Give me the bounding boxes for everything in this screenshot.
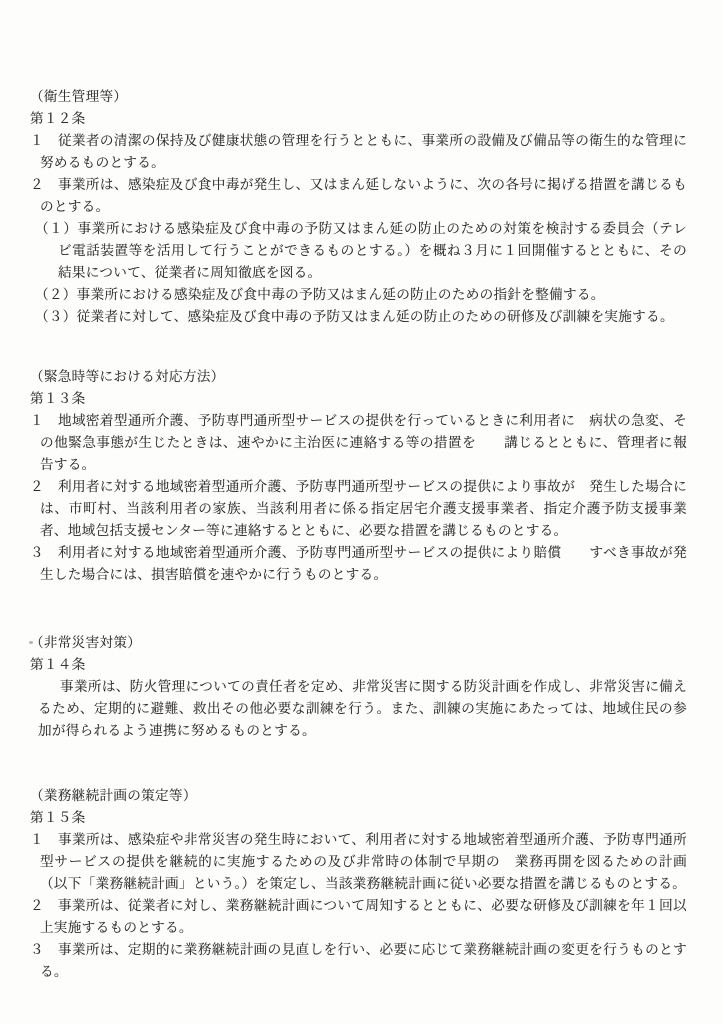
section-emergency-response: （緊急時等における対応方法） 第１３条 １ 地域密着型通所介護、予防専門通所型サ… — [30, 366, 687, 586]
clause-item: ３ 事業所は、定期的に業務継続計画の見直しを行い、必要に応じて業務継続計画の変更… — [30, 939, 687, 983]
section-heading: （緊急時等における対応方法） — [30, 366, 687, 388]
clause-item: ２ 事業所は、感染症及び食中毒が発生し、又はまん延しないように、次の各号に掲げる… — [30, 174, 687, 218]
article-number: 第１４条 — [30, 654, 687, 676]
article-number: 第１２条 — [30, 108, 687, 130]
section-heading: （業務継続計画の策定等） — [30, 785, 687, 807]
clause-subitem: （１）事業所における感染症及び食中毒の予防又はまん延の防止のための対策を検討する… — [35, 218, 687, 284]
section-heading: （衛生管理等） — [30, 86, 687, 108]
section-disaster-preparedness: （非常災害対策） 第１４条 事業所は、防火管理についての責任者を定め、非常災害に… — [30, 632, 687, 742]
clause-item: １ 従業者の清潔の保持及び健康状態の管理を行うとともに、事業所の設備及び備品等の… — [30, 130, 687, 174]
clause-item: ２ 事業所は、従業者に対し、業務継続計画について周知するとともに、必要な研修及び… — [30, 895, 687, 939]
clause-subitem: （２）事業所における感染症及び食中毒の予防又はまん延の防止のための指針を整備する… — [35, 284, 687, 306]
clause-subitem: （３）従業者に対して、感染症及び食中毒の予防又はまん延の防止のための研修及び訓練… — [35, 306, 687, 328]
clause-item: ２ 利用者に対する地域密着型通所介護、予防専門通所型サービスの提供により事故が … — [30, 476, 687, 542]
clause-item: １ 事業所は、感染症や非常災害の発生時において、利用者に対する地域密着型通所介護… — [30, 829, 687, 895]
article-number: 第１５条 — [30, 807, 687, 829]
clause-item: １ 地域密着型通所介護、予防専門通所型サービスの提供を行っているときに利用者に … — [30, 410, 687, 476]
clause-paragraph: 事業所は、防火管理についての責任者を定め、非常災害に関する防災計画を作成し、非常… — [30, 676, 687, 742]
clause-item: ３ 利用者に対する地域密着型通所介護、予防専門通所型サービスの提供により賠償 す… — [30, 542, 687, 586]
document-page: （衛生管理等） 第１２条 １ 従業者の清潔の保持及び健康状態の管理を行うとともに… — [0, 0, 723, 1024]
section-business-continuity-plan: （業務継続計画の策定等） 第１５条 １ 事業所は、感染症や非常災害の発生時におい… — [30, 785, 687, 983]
article-number: 第１３条 — [30, 388, 687, 410]
section-heading: （非常災害対策） — [30, 632, 687, 654]
scan-speck — [29, 641, 33, 644]
section-hygiene-management: （衛生管理等） 第１２条 １ 従業者の清潔の保持及び健康状態の管理を行うとともに… — [30, 86, 687, 328]
